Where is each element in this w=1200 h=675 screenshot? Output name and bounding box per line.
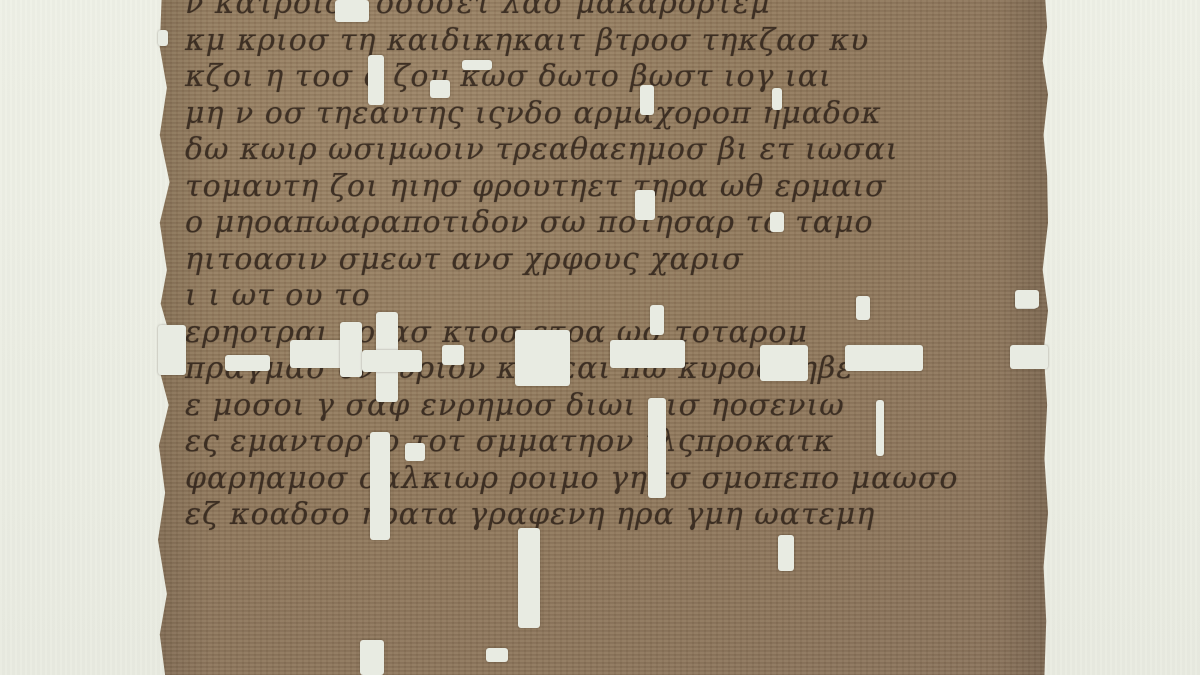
lacuna: [158, 30, 168, 46]
lacuna: [518, 528, 540, 628]
lacuna: [856, 296, 870, 320]
lacuna: [1010, 345, 1048, 369]
manuscript-line: ε μοσοι γ σαφ ενρημοσ διωι ηισ ηοσενιω: [185, 388, 1045, 425]
manuscript-line: ηιτοασιν σμεωτ ανσ χρφους χαρισ: [185, 242, 1045, 279]
lacuna: [650, 305, 664, 335]
manuscript-line: δω κωιρ ωσιμωοιν τρεαθαεημοσ βι ετ ιωσαι: [185, 132, 1045, 169]
manuscript-line: κζοι η τοσ ο ζομ κωσ δωτο βωστ ιογ ιαι: [185, 59, 1045, 96]
lacuna: [610, 340, 685, 368]
lacuna: [335, 0, 369, 22]
manuscript-line: εζ κοαδσο ηρατα γραφενη ηρα γμη ωατεμη: [185, 497, 1045, 534]
lacuna: [486, 648, 508, 662]
lacuna: [225, 355, 270, 371]
manuscript-line: ες εμαντορτο τοτ σμματηον ιλςπροκατκ: [185, 424, 1045, 461]
lacuna: [640, 85, 654, 115]
lacuna: [362, 350, 422, 372]
lacuna: [772, 88, 782, 110]
lacuna: [340, 322, 362, 377]
manuscript-line: κμ κριοσ τη καιδικηκαιτ βτροσ τηκζασ κυ: [185, 23, 1045, 60]
lacuna: [1015, 290, 1039, 308]
manuscript-line: μη ν οσ τηεαυτης ιςνδο αρμαχοροπ ημαδοκ: [185, 96, 1045, 133]
lacuna: [430, 80, 450, 98]
manuscript-line: ο μηοαπωαραποτιδον σω ποτησαρ τσ ταμο: [185, 205, 1045, 242]
lacuna: [515, 330, 570, 386]
manuscript-line: φαρηαμοσ σαλκιωρ ροιμο γησσ σμοπεπο μαωσ…: [185, 461, 1045, 498]
lacuna: [360, 640, 384, 675]
lacuna: [442, 345, 464, 365]
lacuna: [648, 398, 666, 498]
manuscript-text: ν κατροιοσ οσοσετ λασ μακαρορτεμ κμ κριο…: [185, 0, 1045, 534]
lacuna: [405, 443, 425, 461]
manuscript-line: τομαυτη ζοι ηιησ φρουτηετ τηρα ωθ ερμαισ: [185, 169, 1045, 206]
manuscript-line: ν κατροιοσ οσοσετ λασ μακαρορτεμ: [185, 0, 1045, 23]
lacuna: [845, 345, 923, 371]
lacuna: [158, 325, 186, 375]
lacuna: [778, 535, 794, 571]
lacuna: [876, 400, 884, 456]
manuscript-line: ι ι ωτ ου το: [185, 278, 1045, 315]
lacuna: [368, 55, 384, 105]
lacuna: [770, 212, 784, 232]
lacuna: [462, 60, 492, 70]
lacuna: [370, 432, 390, 540]
lacuna: [760, 345, 808, 381]
lacuna: [635, 190, 655, 220]
